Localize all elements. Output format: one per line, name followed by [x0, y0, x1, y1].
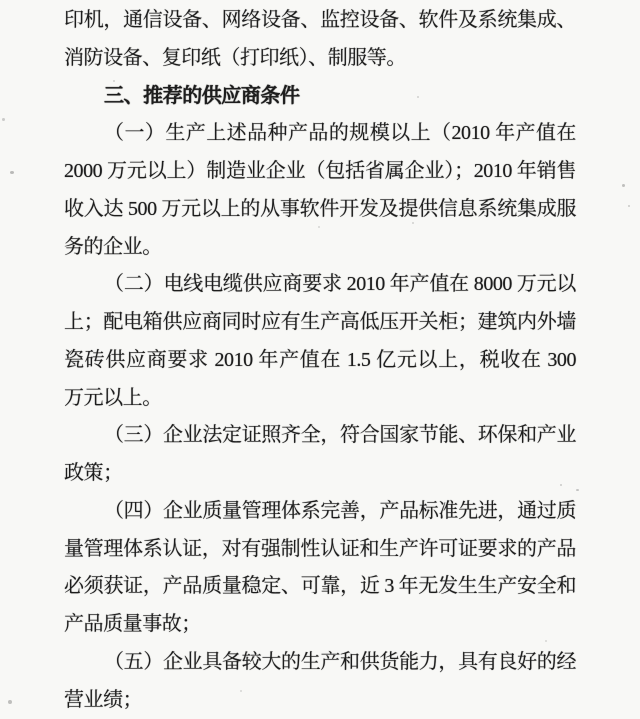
scan-speck [560, 484, 562, 486]
text-line: 政策； [64, 455, 576, 493]
text-line: 消防设备、复印纸（打印纸）、制服等。 [64, 40, 576, 78]
text-line: 上；配电箱供应商同时应有生产高低压开关柜；建筑内外墙 [64, 304, 576, 342]
text-line: （五）企业具备较大的生产和供货能力，具有良好的经 [64, 644, 576, 682]
scan-speck [2, 118, 5, 121]
scan-speck [530, 208, 532, 210]
text-line: 万元以上。 [64, 380, 576, 418]
scan-speck [622, 184, 625, 187]
section-heading-text: 三、推荐的供应商条件 [64, 78, 576, 116]
text-line: （三）企业法定证照齐全，符合国家节能、环保和产业 [64, 417, 576, 455]
scan-speck [358, 546, 360, 548]
text-line: 印机，通信设备、网络设备、监控设备、软件及系统集成、 [64, 2, 576, 40]
text-line: 产品质量事故； [64, 606, 576, 644]
scan-speck [113, 80, 115, 82]
scanned-document-page: 印机，通信设备、网络设备、监控设备、软件及系统集成、 消防设备、复印纸（打印纸）… [0, 0, 640, 717]
text-line: 量管理体系认证，对有强制性认证和生产许可证要求的产品 [64, 531, 576, 569]
scan-speck [318, 226, 320, 228]
text-line: （一）生产上述品种产品的规模以上（2010 年产值在 [64, 115, 576, 153]
scan-speck [412, 222, 414, 224]
text-line: 2000 万元以上）制造业企业（包括省属企业）；2010 年销售 [64, 153, 576, 191]
text-line: 瓷砖供应商要求 2010 年产值在 1.5 亿元以上，税收在 300 [64, 342, 576, 380]
document-text-block: 印机，通信设备、网络设备、监控设备、软件及系统集成、 消防设备、复印纸（打印纸）… [64, 2, 576, 717]
paragraph-item-2: （二）电线电缆供应商要求 2010 年产值在 8000 万元以 上；配电箱供应商… [64, 266, 576, 417]
paragraph-item-4: （四）企业质量管理体系完善，产品标准先进，通过质 量管理体系认证，对有强制性认证… [64, 493, 576, 644]
scan-speck [545, 640, 547, 642]
text-line: （二）电线电缆供应商要求 2010 年产值在 8000 万元以 [64, 266, 576, 304]
text-line: （四）企业质量管理体系完善，产品标准先进，通过质 [64, 493, 576, 531]
text-line: 务的企业。 [64, 229, 576, 267]
scan-speck [417, 96, 419, 98]
paragraph-item-1: （一）生产上述品种产品的规模以上（2010 年产值在 2000 万元以上）制造业… [64, 115, 576, 266]
paragraph-item-5: （五）企业具备较大的生产和供货能力，具有良好的经 营业绩； [64, 644, 576, 717]
section-heading: 三、推荐的供应商条件 [64, 78, 576, 116]
paragraph-continuation: 印机，通信设备、网络设备、监控设备、软件及系统集成、 消防设备、复印纸（打印纸）… [64, 2, 576, 78]
text-line: 营业绩； [64, 682, 576, 718]
scan-speck [628, 205, 630, 207]
scan-speck [10, 171, 14, 174]
scan-speck [240, 690, 242, 692]
scan-speck [8, 700, 12, 704]
paragraph-item-3: （三）企业法定证照齐全，符合国家节能、环保和产业 政策； [64, 417, 576, 493]
scan-speck [576, 489, 579, 491]
text-line: 收入达 500 万元以上的从事软件开发及提供信息系统集成服 [64, 191, 576, 229]
text-line: 必须获证，产品质量稳定、可靠，近 3 年无发生生产安全和 [64, 568, 576, 606]
